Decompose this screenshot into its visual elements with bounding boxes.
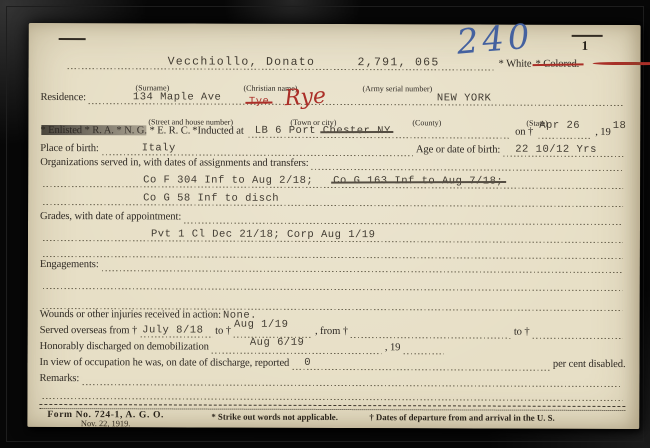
- grades-label-line: Grades, with date of appointment:: [40, 207, 626, 225]
- organizations-entry1-struck: Co G 163 Inf to Aug 7/18;: [333, 175, 503, 188]
- page-number: 1: [582, 38, 589, 54]
- serial-number-value: 2,791, 065: [358, 57, 440, 69]
- form-number-block: Form No. 724-1, A. G. O. Nov. 22, 1919.: [47, 409, 164, 428]
- strike-out-note: * Strike out words not applicable.: [211, 412, 338, 422]
- engagements-line: Engagements:: [40, 255, 626, 273]
- grades-value: Pvt 1 Cl Dec 21/18; Corp Aug 1/19: [151, 228, 375, 241]
- engagements-fill: [102, 258, 623, 273]
- induction-place-fill: LB 6 Port Chester NY: [249, 125, 510, 139]
- wounds-label: Wounds or other injuries received in act…: [40, 308, 221, 322]
- organizations-fill: [312, 157, 624, 171]
- organizations-entry2-line: Co G 58 Inf to disch: [40, 189, 626, 207]
- form-date: Nov. 22, 1919.: [47, 419, 164, 428]
- induction-date-fill: Apr 26: [538, 126, 590, 139]
- surname-value: Vecchiollo, Donato: [168, 56, 316, 69]
- organizations-entry1-line: Co F 304 Inf to Aug 2/18;Co G 163 Inf to…: [40, 171, 626, 189]
- organizations-label-line: Organizations served in, with dates of a…: [40, 153, 626, 171]
- town-handwritten-value: Rye: [284, 88, 327, 109]
- overseas-from2-fill: [351, 325, 511, 339]
- enlistment-options-struck: * Enlisted * R. A. * N. G. * E. R. C.: [40, 124, 190, 138]
- disability-value: 0: [304, 357, 311, 369]
- induction-line: * Enlisted * R. A. * N. G. * E. R. C. *I…: [40, 121, 626, 139]
- induction-place-struck: Chester NY: [323, 125, 391, 137]
- red-strike-tail: [593, 62, 650, 65]
- name-line: Vecchiollo, Donato 2,791, 065 * White * …: [41, 53, 627, 71]
- induction-date-value: Apr 26: [539, 120, 580, 132]
- disability-fill: 0: [292, 357, 550, 371]
- engagements-label: Engagements:: [40, 258, 99, 271]
- dagger-note: † Dates of departure from and arrival in…: [369, 412, 554, 423]
- state-value: NEW YORK: [437, 92, 491, 104]
- discharge-label: Honorably discharged on demobilization: [40, 340, 209, 354]
- town-struck-value: Tye: [249, 96, 269, 108]
- overseas-from2-label: , from †: [315, 325, 348, 338]
- name-fill-line: Vecchiollo, Donato 2,791, 065: [68, 56, 494, 70]
- year-19-label: , 19: [595, 126, 611, 139]
- race-colored-label-struck: * Colored.: [535, 58, 579, 71]
- discharge-year-fill: [403, 341, 443, 354]
- discharge-date-fill: Aug 6/19: [212, 341, 382, 355]
- scanned-page-background: 1 240 Vecchiollo, Donato 2,791, 065 * Wh…: [0, 0, 650, 448]
- disability-label-pre: In view of occupation he was, on date of…: [39, 356, 289, 370]
- page-number-overline: [572, 35, 603, 37]
- overseas-to1-value: Aug 1/19: [234, 319, 288, 331]
- organizations-entry1: Co F 304 Inf to Aug 2/18;Co G 163 Inf to…: [143, 174, 503, 187]
- disability-label-post: per cent disabled.: [553, 358, 626, 371]
- empty-line-2: [40, 273, 626, 291]
- residence-line: Residence: 134 Maple Ave Tye Rye NEW YOR…: [40, 88, 626, 106]
- inducted-at-label: *Inducted at: [192, 125, 244, 138]
- name-captions: (Surname) (Christian name) (Army serial …: [40, 73, 626, 85]
- handwritten-ledger-number: 240: [456, 21, 535, 57]
- organizations-entry2: Co G 58 Inf to disch: [143, 192, 279, 204]
- overseas-to2-label: to †: [514, 326, 530, 339]
- organizations-label: Organizations served in, with dates of a…: [40, 156, 308, 170]
- footer: Form No. 724-1, A. G. O. Nov. 22, 1919. …: [39, 409, 625, 429]
- service-record-card: 1 240 Vecchiollo, Donato 2,791, 065 * Wh…: [27, 23, 640, 429]
- empty-line-4: [39, 383, 625, 401]
- grades-label: Grades, with date of appointment:: [40, 210, 181, 223]
- induction-place-value: LB 6 Port Chester NY: [255, 125, 391, 137]
- overseas-to1-label: to †: [215, 325, 231, 338]
- residence-captions: (Street and house number) (Town or city)…: [40, 107, 626, 119]
- street-value: 134 Maple Ave: [133, 91, 221, 103]
- discharge-date-value: Aug 6/19: [250, 337, 304, 349]
- race-white-label: * White: [499, 58, 532, 71]
- overseas-label: Served overseas from †: [40, 324, 138, 337]
- residence-fill-line: 134 Maple Ave Tye Rye NEW YORK: [89, 91, 624, 106]
- top-left-dash-mark: [59, 38, 86, 40]
- grades-fill: [184, 210, 623, 225]
- overseas-to2-fill: [533, 326, 623, 339]
- organizations-entry2-fill: Co G 58 Inf to disch: [43, 192, 623, 207]
- discharge-year-label: , 19: [385, 341, 401, 354]
- on-dagger-label: on †: [515, 126, 533, 139]
- residence-label: Residence:: [40, 91, 86, 104]
- induction-year-value: 18: [613, 120, 627, 132]
- overseas-from1-value: July 8/18: [142, 324, 203, 336]
- overseas-from1-fill: July 8/18: [140, 324, 212, 337]
- organizations-entry1-fill: Co F 304 Inf to Aug 2/18;Co G 163 Inf to…: [43, 174, 623, 189]
